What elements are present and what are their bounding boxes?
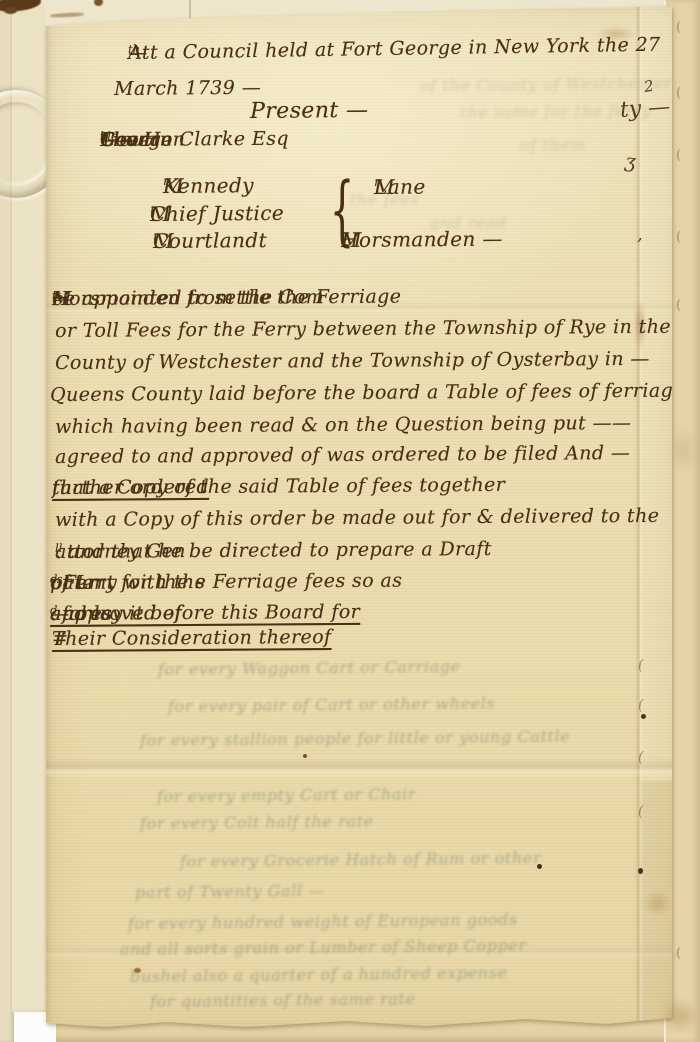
manuscript-page-wrap: Att a Council held at Fort George in New… bbox=[0, 0, 700, 1042]
bleedthrough-line: and all sorts grain or Lumber of Sheep C… bbox=[120, 936, 527, 959]
ink-fragment: , bbox=[637, 224, 643, 245]
text-run: March 1739 — bbox=[114, 77, 261, 102]
text-run: . Ferry with the Ferriage fees so as bbox=[50, 570, 402, 596]
edge-curl-mark: ( bbox=[676, 20, 681, 35]
bleedthrough-line: for every pair of Cart or other wheels bbox=[168, 694, 495, 716]
bleedthrough-line: for every Grocerie Hatch of Rum or other bbox=[180, 848, 541, 871]
text-run: which having been read & on the Question… bbox=[55, 412, 632, 440]
bleedthrough-line: of them bbox=[520, 135, 586, 155]
underlined-phrase: Their Consideration thereof bbox=[52, 626, 332, 652]
attendee-brace: { bbox=[330, 162, 354, 257]
ink-fragment: 2 bbox=[643, 77, 655, 96]
text-run: — bbox=[128, 42, 148, 66]
ink-fragment: ty — bbox=[619, 95, 671, 123]
manuscript-page: Att a Council held at Fort George in New… bbox=[46, 6, 672, 1028]
edge-curl-mark: ( bbox=[636, 696, 645, 715]
bleedthrough-line: of the County of Westchester bbox=[420, 73, 672, 95]
text-run: # bbox=[52, 628, 68, 652]
document-scan: Att a Council held at Fort George in New… bbox=[0, 0, 700, 1042]
bleedthrough-line: for quantities of the same rate bbox=[150, 989, 416, 1011]
text-run: Present — bbox=[250, 97, 369, 126]
text-run: . and that he be directed to prepare a D… bbox=[55, 538, 492, 565]
edge-curl-mark: ( bbox=[636, 656, 645, 675]
bleedthrough-line: bushel also a quarter of a hundred expen… bbox=[130, 963, 508, 986]
bleedthrough-line: part of Twenty Gall — bbox=[135, 881, 325, 902]
text-run: — bbox=[50, 603, 70, 627]
bleedthrough-line: the fees bbox=[350, 189, 419, 209]
underlined-phrase: and lay it before this Board for bbox=[50, 601, 360, 627]
edge-curl-mark: ( bbox=[676, 86, 681, 101]
bleedthrough-line: for every Waggon Cart or Carriage bbox=[158, 657, 461, 679]
edge-curl-mark: ( bbox=[636, 802, 645, 821]
text-run: Att a Council held at Fort George in New… bbox=[128, 34, 661, 66]
text-run: agreed to and approved of was ordered to… bbox=[55, 442, 630, 470]
text-run: County of Westchester and the Township o… bbox=[55, 348, 650, 376]
text-run: Chief Justice bbox=[150, 201, 284, 227]
bleedthrough-line: and read bbox=[430, 213, 507, 233]
text-run: — bbox=[100, 129, 120, 153]
edge-curl-mark: ( bbox=[676, 148, 681, 163]
edge-curl-mark: ( bbox=[676, 298, 681, 313]
ink-fragment: ʒ bbox=[624, 150, 637, 173]
text-run: that a Copy of the said Table of fees to… bbox=[52, 474, 505, 501]
bleedthrough-line: for every Colt half the rate bbox=[140, 812, 374, 833]
bleedthrough-line: for every hundred weight of European goo… bbox=[128, 910, 518, 933]
edge-curl-mark: ( bbox=[676, 230, 681, 245]
text-run: Queens County laid before the board a Ta… bbox=[50, 380, 685, 408]
bleedthrough-line: for every empty Cart or Chair bbox=[157, 784, 416, 806]
text-run: or Toll Fees for the Ferry between the T… bbox=[55, 316, 697, 344]
page-content: Att a Council held at Fort George in New… bbox=[46, 6, 672, 1028]
edge-curl-mark: ( bbox=[676, 946, 681, 961]
text-run: with a Copy of this order be made out fo… bbox=[55, 505, 659, 533]
edge-curl-mark: ( bbox=[636, 748, 645, 767]
text-run: Kennedy bbox=[163, 173, 254, 199]
text-run: Courtlandt bbox=[153, 228, 267, 254]
text-run: ee appointed to settle the Ferriage bbox=[52, 286, 401, 312]
bleedthrough-line: for every stallion people for little or … bbox=[140, 726, 570, 750]
